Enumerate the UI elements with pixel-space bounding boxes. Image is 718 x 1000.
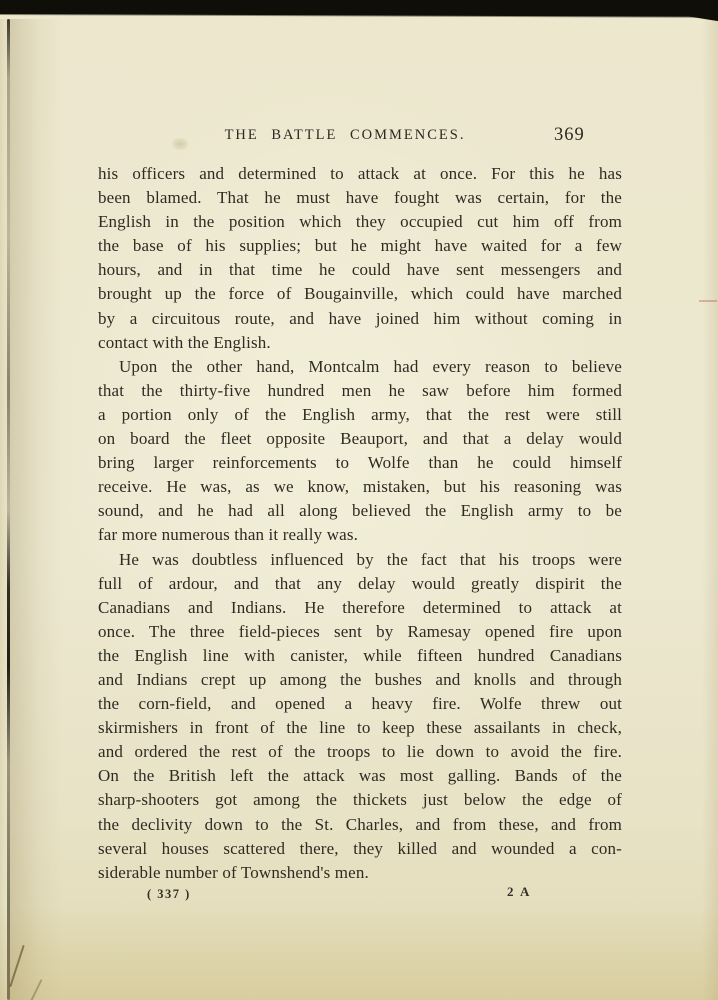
text-line: several houses scattered there, they kil… [98,837,622,861]
text-line: Canadians and Indians. He therefore dete… [98,596,622,620]
text-line: skirmishers in front of the line to keep… [98,716,622,740]
scanned-book-page: THE BATTLE COMMENCES. 369 his officers a… [0,0,718,1000]
right-edge-shadow [702,19,718,1000]
text-line: Upon the other hand, Montcalm had every … [98,355,622,379]
text-line: receive. He was, as we know, mistaken, b… [98,475,622,499]
text-line: English in the position which they occup… [98,210,622,234]
text-line: his officers and determined to attack at… [98,162,622,186]
printer-signature-mark: 2 A [507,884,531,900]
page-left-edge [0,19,7,1000]
paragraph: Upon the other hand, Montcalm had every … [98,355,622,548]
page-number: 369 [554,125,585,146]
text-line: siderable number of Townshend's men. [98,861,622,885]
running-title: THE BATTLE COMMENCES. [0,127,690,144]
text-line: far more numerous than it really was. [98,523,622,547]
body-text: his officers and determined to attack at… [98,162,622,885]
text-line: He was doubtless influenced by the fact … [98,548,622,572]
text-line: On the British left the attack was most … [98,764,622,788]
text-line: bring larger reinforcements to Wolfe tha… [98,451,622,475]
text-line: full of ardour, and that any delay would… [98,572,622,596]
text-line: the declivity down to the St. Charles, a… [98,813,622,837]
text-line: sound, and he had all along believed the… [98,499,622,523]
text-line: on board the fleet opposite Beauport, an… [98,427,622,451]
text-line: the base of his supplies; but he might h… [98,234,622,258]
text-line: been blamed. That he must have fought wa… [98,186,622,210]
text-line: the English line with canister, while fi… [98,644,622,668]
text-line: once. The three field-pieces sent by Ram… [98,620,622,644]
faint-edge-mark [699,300,717,302]
text-line: a portion only of the English army, that… [98,403,622,427]
gutter-shadow [10,19,62,1000]
scan-background-strip [0,0,718,16]
page-paper: THE BATTLE COMMENCES. 369 his officers a… [0,6,718,1000]
text-line: hours, and in that time he could have se… [98,258,622,282]
text-line: and Indians crept up among the bushes an… [98,668,622,692]
paragraph: his officers and determined to attack at… [98,162,622,355]
text-line: that the thirty-five hundred men he saw … [98,379,622,403]
folio-signature-mark: ( 337 ) [147,887,191,902]
paragraph: He was doubtless influenced by the fact … [98,548,622,885]
text-line: brought up the force of Bougainville, wh… [98,282,622,306]
text-line: the corn-field, and opened a heavy fire.… [98,692,622,716]
text-line: by a circuitous route, and have joined h… [98,307,622,331]
text-line: and ordered the rest of the troops to li… [98,740,622,764]
bottom-edge-shadow [0,905,718,1000]
text-line: contact with the English. [98,331,622,355]
text-line: sharp-shooters got among the thickets ju… [98,788,622,812]
